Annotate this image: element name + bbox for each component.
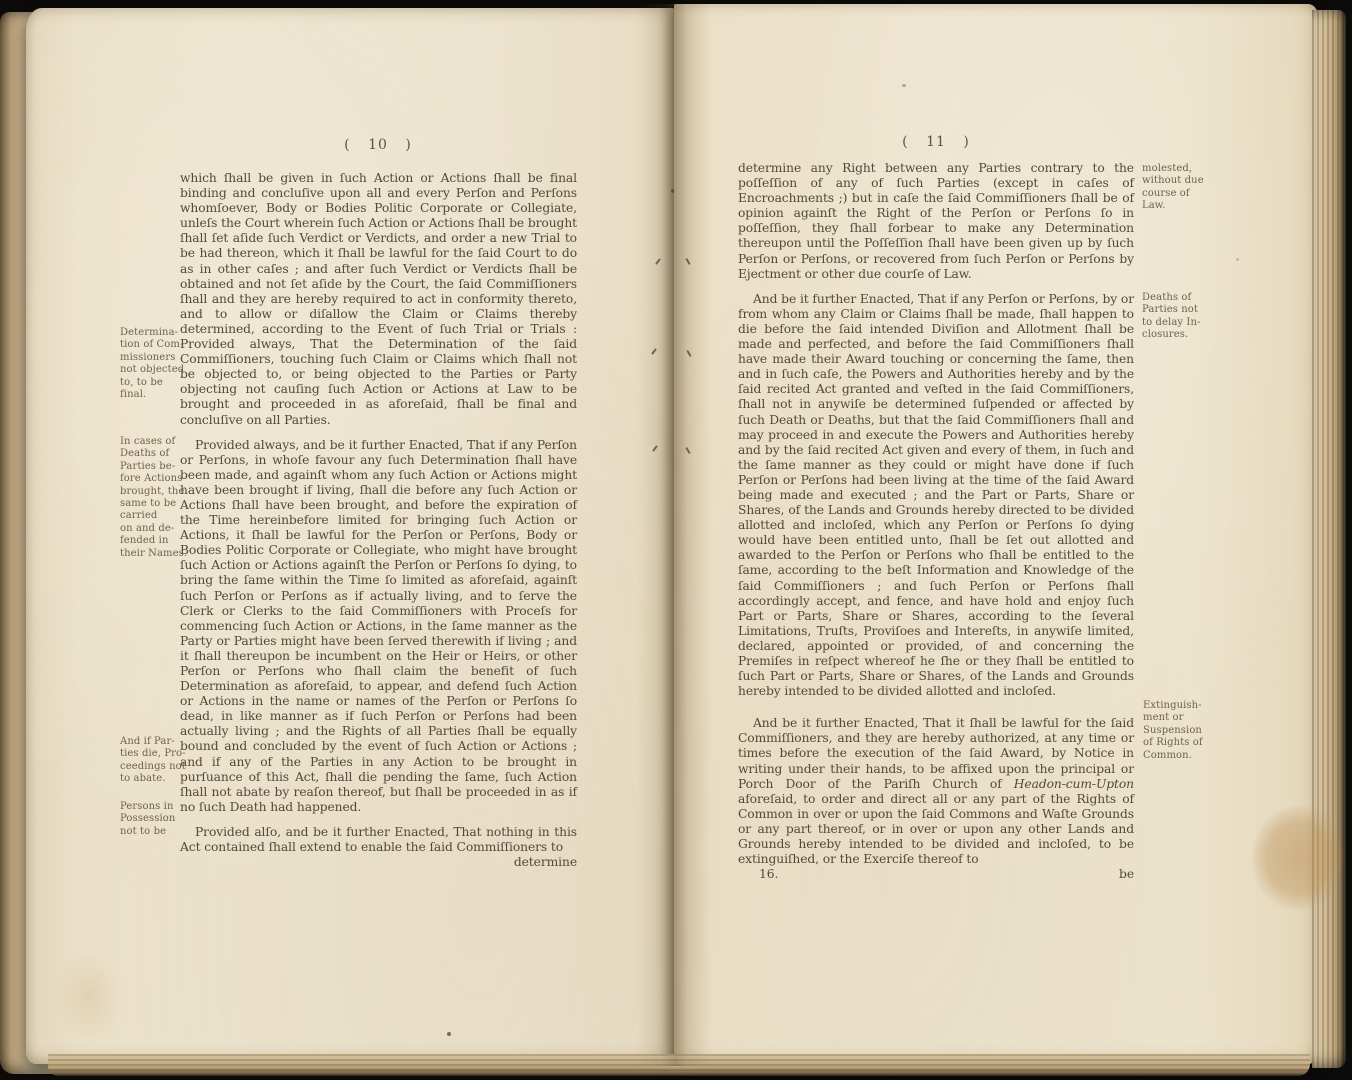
left-page-number: ( 10 ): [180, 137, 576, 153]
ink-speck: [671, 189, 674, 193]
margin-note: Persons in Possession not to be: [120, 801, 186, 838]
margin-note: Determina- tion of Com- missioners not o…: [120, 327, 186, 401]
margin-note: Extinguish- ment or Suspension of Rights…: [1143, 700, 1221, 762]
catchword: determine: [180, 855, 577, 870]
book-gutter-shadow: [636, 4, 712, 1066]
paragraph: determine any Right between any Parties …: [738, 161, 1134, 282]
signature-catchword-row: 16. be: [738, 867, 1134, 882]
right-page-stack-edge: [1312, 10, 1346, 1068]
ink-speck: [1236, 258, 1239, 261]
catchword: be: [1119, 867, 1134, 882]
margin-note: molested, without due course of Law.: [1142, 163, 1214, 213]
margin-note: In cases of Deaths of Parties be- fore A…: [120, 436, 190, 560]
ink-speck: [447, 1032, 451, 1036]
paragraph: which ſhall be given in ſuch Action or A…: [180, 171, 577, 428]
margin-note: And if Par- ties die, Pro- ceedings not …: [120, 736, 190, 786]
paragraph: Provided always, and be it further Enact…: [180, 438, 577, 815]
foxing-stain: [54, 952, 124, 1042]
paragraph: Provided alſo, and be it further Enacted…: [180, 825, 577, 855]
paragraph: And be it further Enacted, That it ſhall…: [738, 716, 1134, 867]
signature-mark: 16.: [738, 867, 778, 882]
open-book-photo: ( 10 ) which ſhall be given in ſuch Acti…: [0, 0, 1352, 1080]
right-page-number: ( 11 ): [738, 134, 1134, 150]
ink-speck: [902, 84, 906, 87]
left-page-text-column: which ſhall be given in ſuch Action or A…: [180, 171, 577, 870]
paragraph: And be it further Enacted, That if any P…: [738, 292, 1134, 700]
right-page-text-column: determine any Right between any Parties …: [738, 161, 1134, 882]
margin-note: Deaths of Parties not to delay In- closu…: [1142, 292, 1216, 342]
